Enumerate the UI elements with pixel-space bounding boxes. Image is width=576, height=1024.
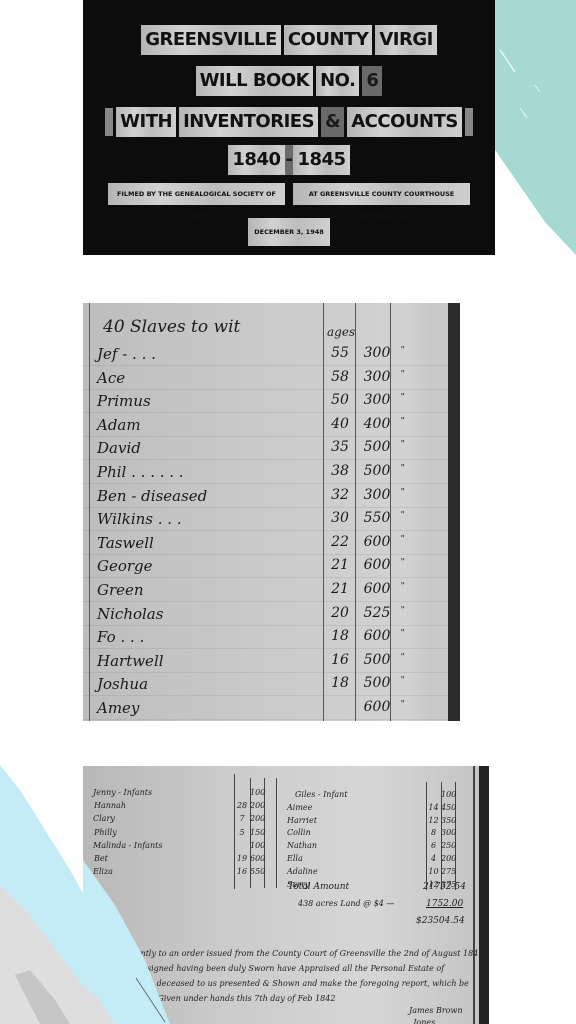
person-name: Giles - Infant <box>295 790 348 799</box>
title-line-3: WITH INVENTORIES & ACCOUNTS <box>83 107 495 137</box>
ledger-row: Phil . . . . . .38500" <box>83 463 460 487</box>
slave-age: 30 <box>325 510 355 526</box>
title-word: INVENTORIES <box>179 107 318 137</box>
appraised-value: 275 <box>441 867 455 876</box>
slave-name: Hartwell <box>97 652 164 670</box>
person-age: 7 <box>234 814 250 823</box>
appraised-value: 600 <box>250 854 264 863</box>
ledger-row: Ben - diseased32300" <box>83 487 460 511</box>
signature: ... Jones <box>403 1018 435 1024</box>
appraised-value: 300 <box>357 345 397 361</box>
ledger-row: George21600" <box>83 557 460 581</box>
ditto-mark: " <box>401 699 405 710</box>
appraised-value: 100 <box>250 788 264 797</box>
title-word: COUNTY <box>284 25 373 55</box>
appraisal-text-line: ...uantly to an order issued from the Co… <box>123 949 483 958</box>
appraised-value: 600 <box>357 628 397 644</box>
ledger-row: Joshua18500" <box>83 675 460 699</box>
bracket-left <box>105 108 113 136</box>
person-name: Malinda - Infants <box>93 841 162 850</box>
slave-name: Fo . . . <box>97 628 144 646</box>
person-age: 16 <box>234 867 250 876</box>
slave-age: 55 <box>325 345 355 361</box>
title-line-2: WILL BOOK NO. 6 <box>83 66 495 96</box>
slave-name: Jef - . . . <box>97 345 156 363</box>
slave-age: 22 <box>325 534 355 550</box>
slave-name: Taswell <box>97 534 154 552</box>
person-name: Eliza <box>93 867 113 876</box>
person-name: Aimee <box>287 803 312 812</box>
slave-age: 21 <box>325 581 355 597</box>
appraised-value: 150 <box>250 828 264 837</box>
ledger-page-scan: 40 Slaves to wit ages Jef - . . .55300"A… <box>83 303 460 721</box>
ledger-row: Taswell22600" <box>83 534 460 558</box>
person-age: 4 <box>426 854 441 863</box>
title-years: 1840 - 1845 <box>83 145 495 175</box>
title-word: GREENSVILLE <box>141 25 281 55</box>
location-label: AT GREENSVILLE COUNTY COURTHOUSE EMPORIA… <box>293 183 470 205</box>
slave-age: 18 <box>325 675 355 691</box>
person-name: Collin <box>287 828 311 837</box>
appraised-value: 300 <box>441 828 455 837</box>
title-word: NO. <box>316 66 359 96</box>
ditto-mark: " <box>401 628 405 639</box>
ditto-mark: " <box>401 557 405 568</box>
appraisal-text-line: undersigned having been duly Sworn have … <box>123 964 444 973</box>
signature: James Brown <box>409 1006 462 1015</box>
slave-age: 35 <box>325 439 355 455</box>
slave-age: 21 <box>325 557 355 573</box>
slave-age: 40 <box>325 416 355 432</box>
appraised-value: 600 <box>357 699 397 715</box>
total-amount-value: 21752.54 <box>423 882 466 892</box>
microfilm-title-card: GREENSVILLE COUNTY VIRGI WILL BOOK NO. 6… <box>83 0 495 255</box>
ditto-mark: " <box>401 510 405 521</box>
ditto-mark: " <box>401 345 405 356</box>
ledger-heading: 40 Slaves to wit <box>103 317 240 337</box>
slave-name: Green <box>97 581 144 599</box>
slave-name: Phil . . . . . . <box>97 463 184 481</box>
person-age: 8 <box>426 828 441 837</box>
title-word: VIRGI <box>375 25 436 55</box>
slave-age: 18 <box>325 628 355 644</box>
person-name: Ella <box>287 854 303 863</box>
ditto-mark: " <box>401 487 405 498</box>
ledger-row: Nicholas20525" <box>83 605 460 629</box>
ages-heading: ages <box>327 325 355 339</box>
slave-age: 58 <box>325 369 355 385</box>
person-age: 6 <box>426 841 441 850</box>
ledger-row: Amey600" <box>83 699 460 721</box>
appraised-value: 200 <box>441 854 455 863</box>
appraised-value: 100 <box>441 790 455 799</box>
person-name: Adaline <box>287 867 318 876</box>
appraised-value: 550 <box>250 867 264 876</box>
person-name: Philly <box>94 828 117 837</box>
slave-name: David <box>97 439 141 457</box>
appraised-value: 500 <box>357 675 397 691</box>
appraised-value: 600 <box>357 557 397 573</box>
person-age: 28 <box>234 801 250 810</box>
ledger-row: Jef - . . .55300" <box>83 345 460 369</box>
appraised-value: 500 <box>357 439 397 455</box>
appraised-value: 600 <box>357 581 397 597</box>
person-age: 12 <box>426 816 441 825</box>
slave-name: Ben - diseased <box>97 487 207 505</box>
slave-name: Adam <box>97 416 141 434</box>
total-amount-label: Total Amount <box>288 882 349 892</box>
slave-name: Ace <box>97 369 125 387</box>
slave-name: Nicholas <box>97 605 163 623</box>
appraised-value: 200 <box>250 801 264 810</box>
appraised-value: 500 <box>357 463 397 479</box>
ledger-row: Fo . . .18600" <box>83 628 460 652</box>
ledger-row: Ace58300" <box>83 369 460 393</box>
ditto-mark: " <box>401 392 405 403</box>
person-name: Harriet <box>287 816 317 825</box>
ditto-mark: " <box>401 581 405 592</box>
inventory-page-scan: Jenny - Infants100Hannah28200Clary7200Ph… <box>83 766 489 1024</box>
person-age: 5 <box>234 828 250 837</box>
slave-age: 32 <box>325 487 355 503</box>
appraised-value: 300 <box>357 487 397 503</box>
appraised-value: 550 <box>357 510 397 526</box>
person-name: Bet <box>94 854 108 863</box>
year-dash: - <box>285 145 294 175</box>
ledger-row: Primus50300" <box>83 392 460 416</box>
ditto-mark: " <box>401 605 405 616</box>
ledger-row: Adam40400" <box>83 416 460 440</box>
title-word: WITH <box>116 107 176 137</box>
person-name: Hannah <box>94 801 126 810</box>
ledger-row: Wilkins . . .30550" <box>83 510 460 534</box>
page-edge-line <box>473 766 475 1024</box>
slave-name: Joshua <box>97 675 148 693</box>
appraised-value: 600 <box>357 534 397 550</box>
slave-name: Primus <box>97 392 151 410</box>
column-line <box>276 778 277 888</box>
person-name: Nathan <box>287 841 317 850</box>
ledger-row: David35500" <box>83 439 460 463</box>
ditto-mark: " <box>401 416 405 427</box>
bracket-right <box>465 108 473 136</box>
title-word: ACCOUNTS <box>347 107 462 137</box>
page-edge <box>479 766 489 1024</box>
appraised-value: 200 <box>250 814 264 823</box>
slave-age: 38 <box>325 463 355 479</box>
appraised-value: 300 <box>357 392 397 408</box>
appraisal-text-line: Parham deceased to us presented & Shown … <box>123 979 469 988</box>
appraised-value: 350 <box>441 816 455 825</box>
year-end: 1845 <box>293 145 349 175</box>
grand-total-value: $23504.54 <box>416 916 465 926</box>
slave-name: Amey <box>97 699 139 717</box>
appraised-value: 250 <box>441 841 455 850</box>
appraised-value: 400 <box>357 416 397 432</box>
appraised-value: 100 <box>250 841 264 850</box>
ditto-mark: " <box>401 652 405 663</box>
film-credits: FILMED BY THE GENEALOGICAL SOCIETY OF UT… <box>83 183 495 205</box>
title-line-1: GREENSVILLE COUNTY VIRGI <box>83 25 495 55</box>
person-age: 10 <box>426 867 441 876</box>
slave-age: 20 <box>325 605 355 621</box>
ditto-mark: " <box>401 463 405 474</box>
title-word: & <box>321 107 344 137</box>
land-value: 1752.00 <box>426 899 463 909</box>
ditto-mark: " <box>401 369 405 380</box>
slave-age: 16 <box>325 652 355 668</box>
slave-name: George <box>97 557 153 575</box>
slave-age: 50 <box>325 392 355 408</box>
title-word: 6 <box>362 66 382 96</box>
person-name: Clary <box>93 814 115 823</box>
appraisal-text-line: correct. Given under hands this 7th day … <box>123 994 335 1003</box>
year-start: 1840 <box>228 145 284 175</box>
ditto-mark: " <box>401 439 405 450</box>
slave-name: Wilkins . . . <box>97 510 182 528</box>
person-name: Jenny - Infants <box>93 788 152 797</box>
person-age: 14 <box>426 803 441 812</box>
title-word: WILL BOOK <box>196 66 314 96</box>
appraised-value: 300 <box>357 369 397 385</box>
ledger-row: Green21600" <box>83 581 460 605</box>
ledger-row: Hartwell16500" <box>83 652 460 676</box>
ditto-mark: " <box>401 534 405 545</box>
appraised-value: 525 <box>357 605 397 621</box>
appraised-value: 450 <box>441 803 455 812</box>
ditto-mark: " <box>401 675 405 686</box>
appraised-value: 500 <box>357 652 397 668</box>
land-label: 438 acres Land @ $4 — <box>298 899 394 908</box>
filmed-by-label: FILMED BY THE GENEALOGICAL SOCIETY OF UT… <box>108 183 285 205</box>
film-date-label: DECEMBER 3, 1948 <box>248 218 330 246</box>
person-age: 19 <box>234 854 250 863</box>
film-date: DECEMBER 3, 1948 <box>83 218 495 246</box>
